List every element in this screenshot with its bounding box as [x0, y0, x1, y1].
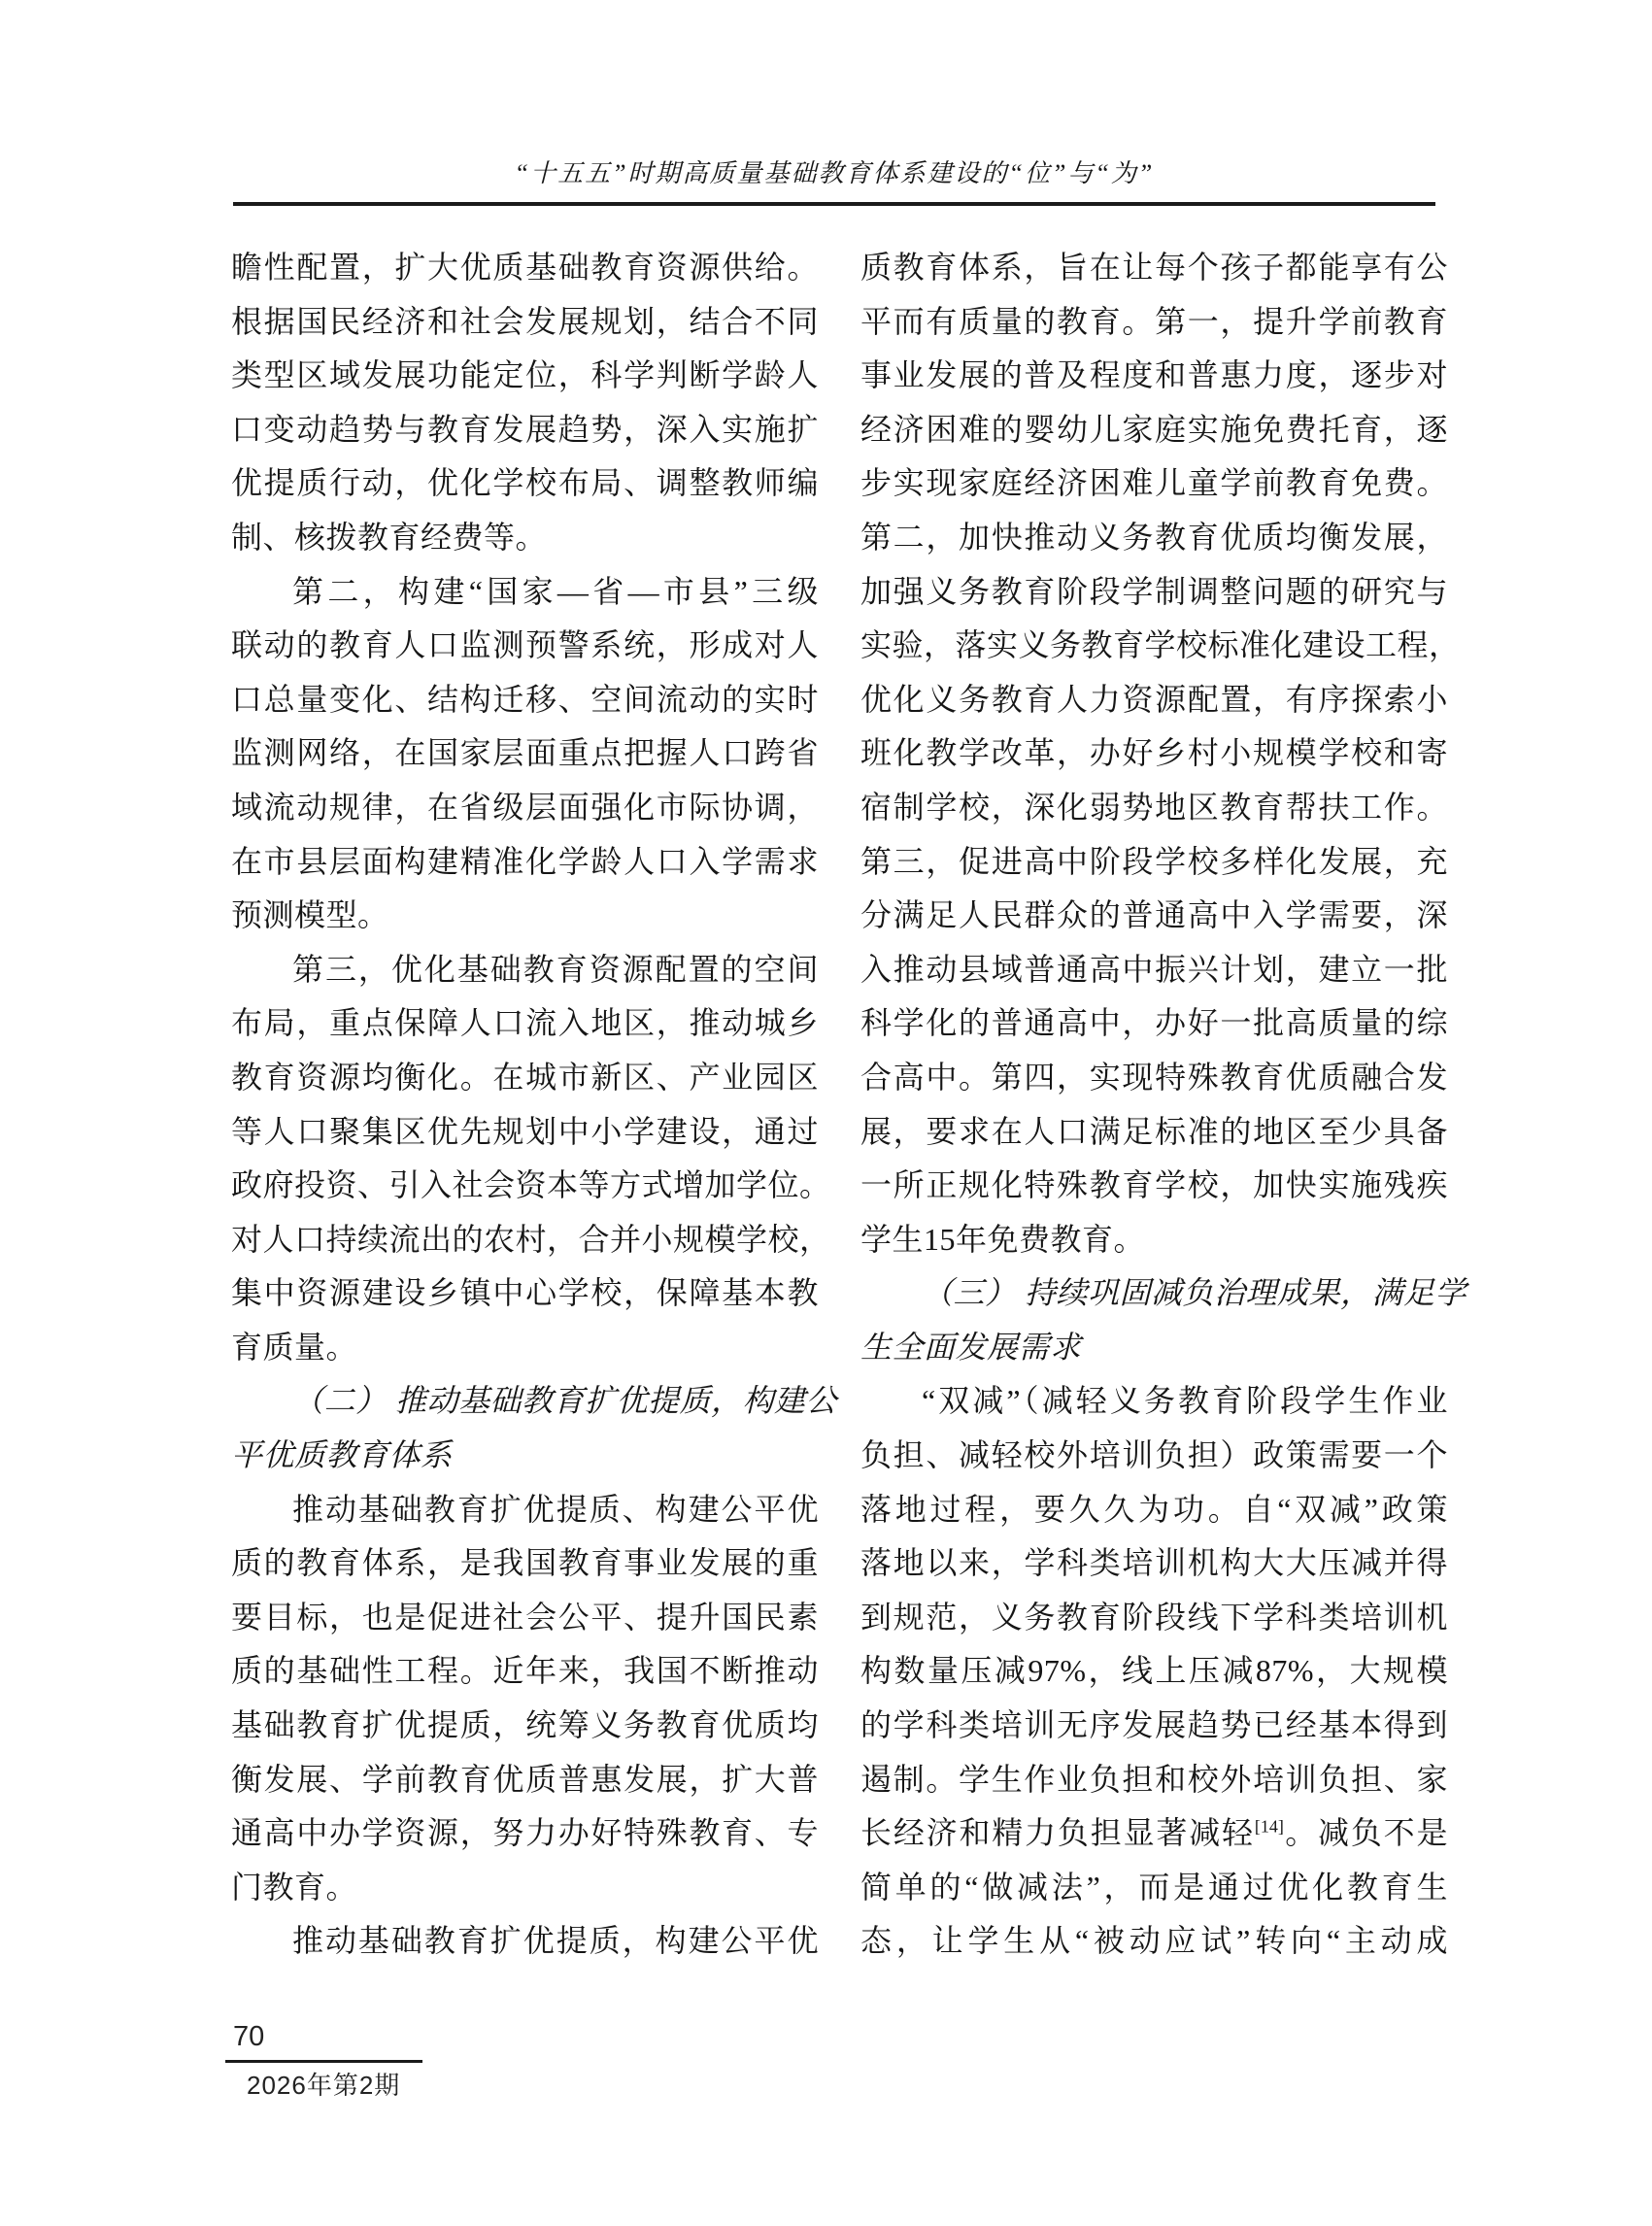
- footer-rule: [225, 2060, 422, 2063]
- text-line: 质的基础性工程。近年来，我国不断推动: [231, 1644, 819, 1699]
- left-column: 瞻性配置，扩大优质基础教育资源供给。根据国民经济和社会发展规划，结合不同类型区域…: [231, 241, 819, 1969]
- text-line: 一所正规化特殊教育学校，加快实施残疾: [860, 1159, 1448, 1213]
- text-line: 平而有质量的教育。第一，提升学前教育: [860, 295, 1448, 350]
- text-line: 合高中。第四，实现特殊教育优质融合发: [860, 1051, 1448, 1105]
- text-line: 优化义务教育人力资源配置，有序探索小: [860, 673, 1448, 727]
- text-line: 第二，加快推动义务教育优质均衡发展，: [860, 511, 1448, 565]
- text-line: 入推动县域普通高中振兴计划，建立一批: [860, 943, 1448, 997]
- text-segment: 长经济和精力负担显著减轻: [860, 1815, 1255, 1850]
- text-line: 落地以来，学科类培训机构大大压减并得: [860, 1536, 1448, 1591]
- text-line: 遏制。学生作业负担和校外培训负担、家: [860, 1753, 1448, 1807]
- text-line: 质的教育体系，是我国教育事业发展的重: [231, 1536, 819, 1591]
- text-line: 对人口持续流出的农村，合并小规模学校，: [231, 1213, 819, 1267]
- text-line: 政府投资、引入社会资本等方式增加学位。: [231, 1159, 819, 1213]
- text-line: 宿制学校，深化弱势地区教育帮扶工作。: [860, 781, 1448, 835]
- text-line: 衡发展、学前教育优质普惠发展，扩大普: [231, 1753, 819, 1807]
- text-line: 通高中办学资源，努力办好特殊教育、专: [231, 1806, 819, 1861]
- text-line: 班化教学改革，办好乡村小规模学校和寄: [860, 726, 1448, 781]
- text-line: 教育资源均衡化。在城市新区、产业园区: [231, 1051, 819, 1105]
- text-line: 加强义务教育阶段学制调整问题的研究与: [860, 565, 1448, 620]
- text-line: 等人口聚集区优先规划中小学建设，通过: [231, 1105, 819, 1160]
- text-line: 第三，优化基础教育资源配置的空间: [231, 943, 819, 997]
- text-line: 布局，重点保障人口流入地区，推动城乡: [231, 996, 819, 1051]
- text-line: “双减”（减轻义务教育阶段学生作业: [860, 1374, 1448, 1429]
- text-line: 态，让学生从“被动应试”转向“主动成: [860, 1914, 1448, 1969]
- text-line: 制、核拨教育经费等。: [231, 511, 819, 565]
- text-line: 科学化的普通高中，办好一批高质量的综: [860, 996, 1448, 1051]
- text-line: 实验，落实义务教育学校标准化建设工程，: [860, 619, 1448, 673]
- text-line: 事业发展的普及程度和普惠力度，逐步对: [860, 349, 1448, 403]
- text-line: 口总量变化、结构迁移、空间流动的实时: [231, 673, 819, 727]
- text-line: 落地过程，要久久为功。自“双减”政策: [860, 1483, 1448, 1537]
- text-line: 分满足人民群众的普通高中入学需要，深: [860, 889, 1448, 943]
- text-line: 监测网络，在国家层面重点把握人口跨省: [231, 726, 819, 781]
- right-column: 质教育体系，旨在让每个孩子都能享有公平而有质量的教育。第一，提升学前教育事业发展…: [860, 241, 1448, 1969]
- text-line: 在市县层面构建精准化学龄人口入学需求: [231, 835, 819, 890]
- text-line: 育质量。: [231, 1321, 819, 1375]
- text-line: 域流动规律，在省级层面强化市际协调，: [231, 781, 819, 835]
- text-line: 推动基础教育扩优提质、构建公平优: [231, 1483, 819, 1537]
- text-line: 步实现家庭经济困难儿童学前教育免费。: [860, 456, 1448, 511]
- text-line: 类型区域发展功能定位，科学判断学龄人: [231, 349, 819, 403]
- text-line: 口变动趋势与教育发展趋势，深入实施扩: [231, 403, 819, 457]
- text-line: 展，要求在人口满足标准的地区至少具备: [860, 1105, 1448, 1160]
- text-line: 长经济和精力负担显著减轻[14]。减负不是: [860, 1806, 1448, 1861]
- text-line: 优提质行动，优化学校布局、调整教师编: [231, 456, 819, 511]
- text-line: 集中资源建设乡镇中心学校，保障基本教: [231, 1266, 819, 1321]
- running-head-title: “十五五”时期高质量基础教育体系建设的“位”与“为”: [233, 155, 1435, 192]
- text-line: 联动的教育人口监测预警系统，形成对人: [231, 619, 819, 673]
- text-line: 瞻性配置，扩大优质基础教育资源供给。: [231, 241, 819, 295]
- text-line: 的学科类培训无序发展趋势已经基本得到: [860, 1699, 1448, 1753]
- text-line: 第三，促进高中阶段学校多样化发展，充: [860, 835, 1448, 890]
- journal-issue-label: 2026年第2期: [247, 2070, 400, 2101]
- text-line: 预测模型。: [231, 889, 819, 943]
- text-line: 学生15年免费教育。: [860, 1213, 1448, 1267]
- text-line: 质教育体系，旨在让每个孩子都能享有公: [860, 241, 1448, 295]
- header-rule: [233, 202, 1435, 206]
- text-line: 经济困难的婴幼儿家庭实施免费托育，逐: [860, 403, 1448, 457]
- text-line: （三） 持续巩固减负治理成果，满足学: [860, 1266, 1448, 1321]
- text-line: 门教育。: [231, 1861, 819, 1915]
- text-line: 到规范，义务教育阶段线下学科类培训机: [860, 1591, 1448, 1645]
- text-segment: 。减负不是: [1284, 1815, 1448, 1850]
- text-line: 构数量压减97%，线上压减87%，大规模: [860, 1644, 1448, 1699]
- text-line: 第二，构建“国家—省—市县”三级: [231, 565, 819, 620]
- text-line: 生全面发展需求: [860, 1321, 1448, 1375]
- text-line: （二） 推动基础教育扩优提质，构建公: [231, 1374, 819, 1429]
- text-line: 推动基础教育扩优提质，构建公平优: [231, 1914, 819, 1969]
- page-number: 70: [233, 2020, 264, 2053]
- text-line: 要目标，也是促进社会公平、提升国民素: [231, 1591, 819, 1645]
- text-line: 基础教育扩优提质，统筹义务教育优质均: [231, 1699, 819, 1753]
- journal-page: “十五五”时期高质量基础教育体系建设的“位”与“为” 瞻性配置，扩大优质基础教育…: [0, 0, 1652, 2226]
- text-line: 根据国民经济和社会发展规划，结合不同: [231, 295, 819, 350]
- footnote-reference: [14]: [1255, 1817, 1284, 1837]
- text-line: 负担、减轻校外培训负担）政策需要一个: [860, 1429, 1448, 1483]
- text-line: 简单的“做减法”，而是通过优化教育生: [860, 1861, 1448, 1915]
- text-line: 平优质教育体系: [231, 1429, 819, 1483]
